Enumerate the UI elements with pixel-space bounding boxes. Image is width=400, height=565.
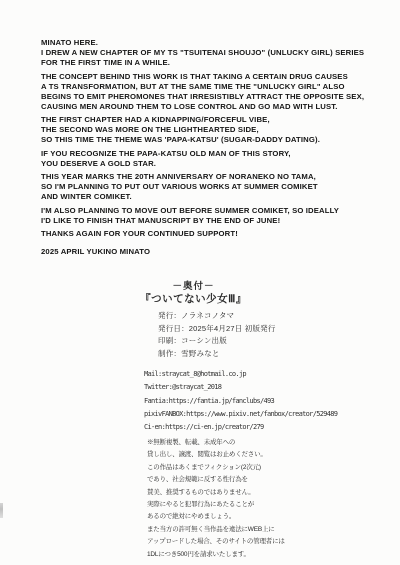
publication-line: 発行：ノラネコノタマ (158, 310, 276, 323)
afterword-text-block: MINATO HERE. I DREW A NEW CHAPTER OF MY … (41, 38, 381, 261)
notice-line: アップロードした場合、そのサイトの管理者には (147, 536, 285, 548)
notice-line: 貸し出し、譲渡、閲覧はお止めください。 (147, 449, 285, 461)
publication-line: 発行日：2025年4月27日 初版発行 (158, 323, 276, 336)
notice-line: また当方の許可無く当作品を違法にWEB上に (147, 524, 285, 536)
publication-line: 制作：雪野みなと (158, 348, 276, 361)
scan-edge-artifact (0, 503, 3, 518)
afterword-paragraph: IF YOU RECOGNIZE THE PAPA-KATSU OLD MAN … (41, 149, 381, 169)
contact-line: pixivFANBOX:https://www.pixiv.net/fanbox… (144, 408, 337, 421)
afterword-paragraph: THANKS AGAIN FOR YOUR CONTINUED SUPPORT! (41, 229, 381, 239)
scanned-afterword-page: MINATO HERE. I DREW A NEW CHAPTER OF MY … (0, 0, 400, 565)
publication-info-block: 発行：ノラネコノタマ発行日：2025年4月27日 初版発行印刷：コーシン出版制作… (158, 310, 276, 361)
colophon-section-heading: －奥付－ (0, 278, 387, 292)
contact-line: Fantia:https://fantia.jp/fanclubs/493 (144, 395, 337, 408)
publication-line: 印刷：コーシン出版 (158, 335, 276, 348)
contact-line: Ci-en:https://ci-en.jp/creator/279 (144, 421, 337, 434)
notice-line: であり、社会規範に反する性行為を (147, 474, 285, 486)
notice-line: ※無断複製、転載、未成年への (147, 437, 285, 449)
contact-links-block: Mail:straycat_8@hotmail.co.jpTwitter:@st… (144, 368, 337, 434)
book-title: 『ついてない少女Ⅲ』 (0, 291, 387, 306)
notice-line: 賛美、推奨するものではありません。 (147, 487, 285, 499)
afterword-paragraph: THE FIRST CHAPTER HAD A KIDNAPPING/FORCE… (41, 115, 381, 145)
contact-line: Mail:straycat_8@hotmail.co.jp (144, 368, 337, 381)
notice-line: この作品はあくまでフィクション(2次元) (147, 462, 285, 474)
afterword-paragraph: I'M ALSO PLANNING TO MOVE OUT BEFORE SUM… (41, 206, 381, 226)
notice-line: 実際にやると犯罪行為にあたることが (147, 499, 285, 511)
copyright-notice-block: ※無断複製、転載、未成年への貸し出し、譲渡、閲覧はお止めください。この作品はあく… (147, 437, 285, 561)
afterword-paragraph: 2025 APRIL YUKINO MINATO (41, 247, 381, 257)
notice-line: 1DLにつき500円を請求いたします。 (147, 549, 285, 561)
afterword-paragraph: THIS YEAR MARKS THE 20TH ANNIVERSARY OF … (41, 172, 381, 202)
afterword-paragraph: MINATO HERE. I DREW A NEW CHAPTER OF MY … (41, 38, 381, 68)
notice-line: あるので絶対にやめましょう。 (147, 511, 285, 523)
contact-line: Twitter:@straycat_2018 (144, 381, 337, 394)
afterword-paragraph: THE CONCEPT BEHIND THIS WORK IS THAT TAK… (41, 72, 381, 112)
